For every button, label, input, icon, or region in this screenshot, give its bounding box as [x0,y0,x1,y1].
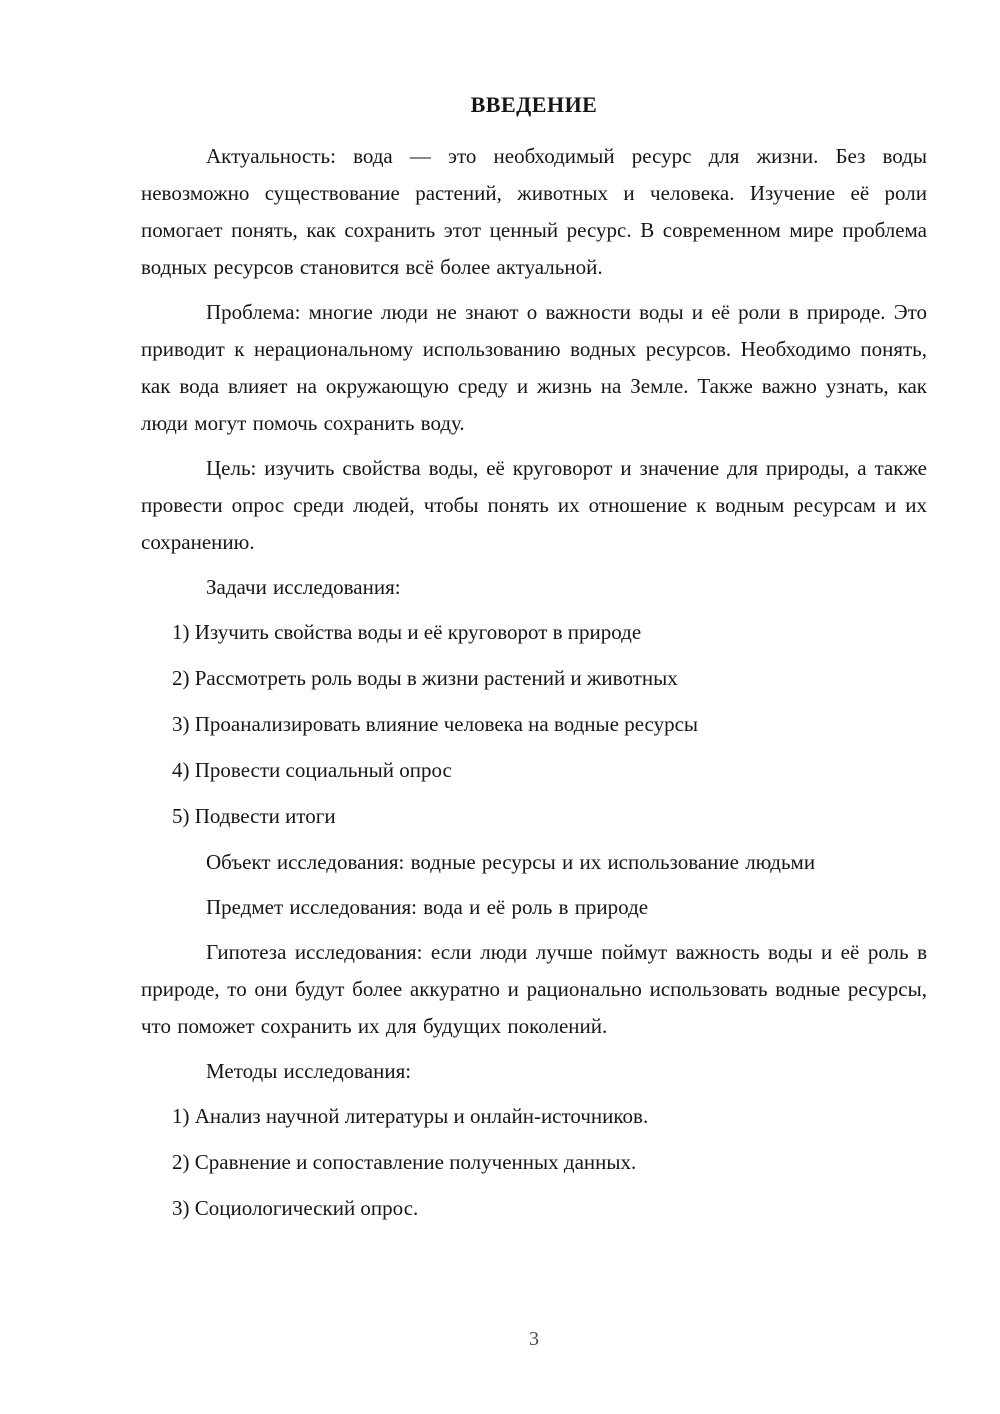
page-number: 3 [141,1324,927,1354]
task-item-3: 3) Проанализировать влияние человека на … [141,706,927,743]
page-title: ВВЕДЕНИЕ [141,86,927,124]
method-item-2: 2) Сравнение и сопоставление полученных … [141,1144,927,1181]
paragraph-research-subject: Предмет исследования: вода и её роль в п… [141,889,927,926]
paragraph-relevance: Актуальность: вода — это необходимый рес… [141,138,927,286]
task-item-4: 4) Провести социальный опрос [141,752,927,789]
paragraph-goal: Цель: изучить свойства воды, её круговор… [141,450,927,561]
tasks-heading: Задачи исследования: [141,569,927,606]
paragraph-problem: Проблема: многие люди не знают о важност… [141,294,927,442]
task-item-2: 2) Рассмотреть роль воды в жизни растени… [141,660,927,697]
document-content: ВВЕДЕНИЕ Актуальность: вода — это необхо… [141,0,927,1236]
document-page: ВВЕДЕНИЕ Актуальность: вода — это необхо… [0,0,1000,1414]
paragraph-hypothesis: Гипотеза исследования: если люди лучше п… [141,934,927,1045]
task-item-5: 5) Подвести итоги [141,798,927,835]
task-item-1: 1) Изучить свойства воды и её круговорот… [141,614,927,651]
paragraph-research-object: Объект исследования: водные ресурсы и их… [141,844,927,881]
method-item-1: 1) Анализ научной литературы и онлайн-ис… [141,1098,927,1135]
method-item-3: 3) Социологический опрос. [141,1190,927,1227]
methods-heading: Методы исследования: [141,1053,927,1090]
